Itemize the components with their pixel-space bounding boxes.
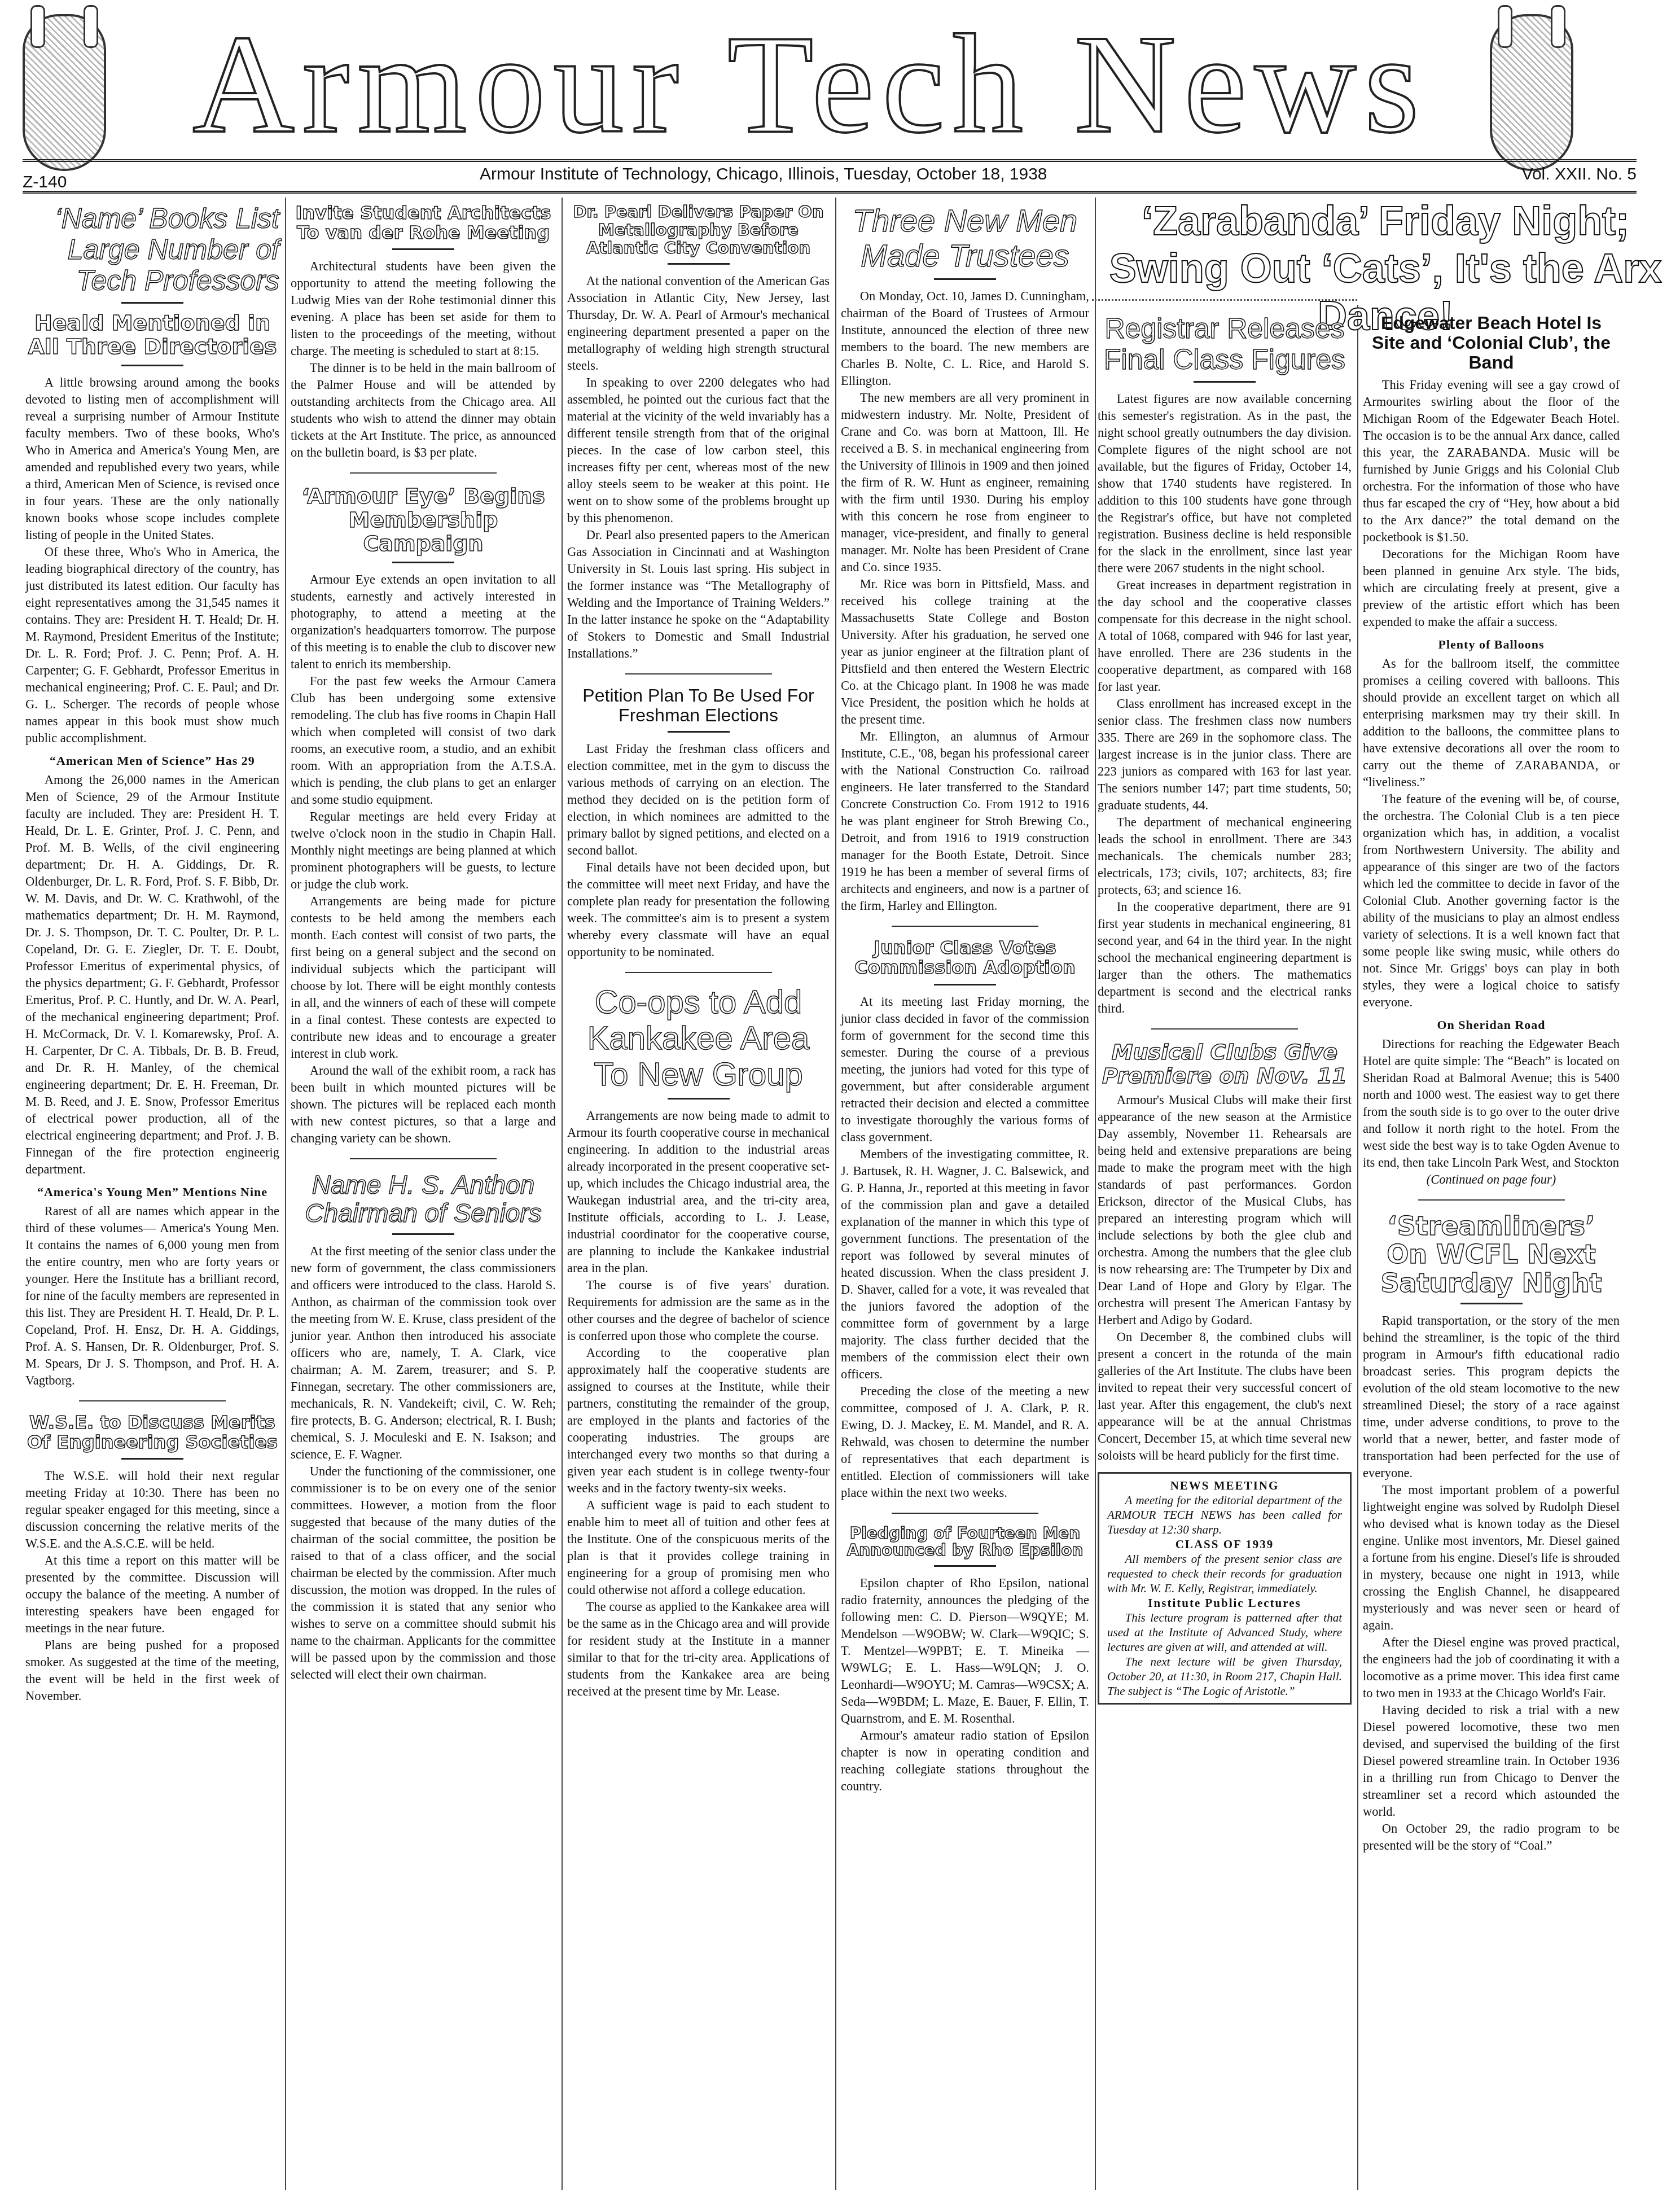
headline: Junior Class Votes Commission Adoption [841, 938, 1089, 978]
article-paragraph: After the Diesel engine was proved pract… [1363, 1634, 1620, 1702]
column-1: ‘Name’ Books List Large Number of Tech P… [25, 198, 279, 1705]
headline: ‘Streamliners’ On WCFL Next Saturday Nig… [1363, 1212, 1620, 1298]
section-subhead: “American Men of Science” Has 29 [25, 752, 279, 769]
article-paragraph: Arrangements are being made for picture … [291, 893, 556, 1062]
article-paragraph: Architectural students have been given t… [291, 258, 556, 360]
article-paragraph: Arrangements are now being made to admit… [567, 1107, 830, 1277]
notice-text: All members of the present senior class … [1107, 1552, 1342, 1596]
section-subhead: “America's Young Men” Mentions Nine [25, 1184, 279, 1201]
article-paragraph: Members of the investigating committee, … [841, 1146, 1089, 1383]
article-paragraph: Of these three, Who's Who in America, th… [25, 544, 279, 747]
divider [1194, 381, 1256, 383]
headline: ‘Armour Eye’ Begins Membership Campaign [291, 485, 556, 555]
continued-notice: (Continued on page four) [1363, 1171, 1620, 1188]
notice-box: NEWS MEETING A meeting for the editorial… [1098, 1472, 1352, 1705]
notice-text: This lecture program is patterned after … [1107, 1610, 1342, 1654]
notice-title: NEWS MEETING [1107, 1478, 1342, 1493]
article-paragraph: This Friday evening will see a gay crowd… [1363, 376, 1620, 546]
divider [121, 365, 183, 366]
column-5: Registrar Releases Final Class Figures L… [1098, 308, 1352, 1705]
notice-text: The next lecture will be given Thursday,… [1107, 1654, 1342, 1698]
article-paragraph: Final details have not been decided upon… [567, 859, 830, 961]
article-paragraph: At this time a report on this matter wil… [25, 1552, 279, 1637]
article-paragraph: Around the wall of the exhibit room, a r… [291, 1062, 556, 1147]
headline: Dr. Pearl Delivers Paper On Metallograph… [567, 203, 830, 257]
headline: Three New Men Made Trustees [841, 203, 1089, 273]
z-code: Z-140 [23, 173, 67, 192]
divider [934, 1565, 996, 1567]
divider [392, 1233, 454, 1235]
article-paragraph: Armour's Musical Clubs will make their f… [1098, 1092, 1352, 1329]
article-paragraph: Plans are being pushed for a proposed sm… [25, 1637, 279, 1705]
article-paragraph: Directions for reaching the Edgewater Be… [1363, 1036, 1620, 1171]
divider [934, 984, 996, 985]
article-paragraph: Armour's amateur radio station of Epsilo… [841, 1727, 1089, 1795]
article-paragraph: Regular meetings are held every Friday a… [291, 808, 556, 893]
divider [668, 263, 730, 265]
volume-number: Vol. XXII. No. 5 [1522, 165, 1637, 184]
column-2: Invite Student Architects To van der Roh… [291, 198, 556, 1683]
column-6: Edgewater Beach Hotel Is Site and ‘Colon… [1363, 308, 1620, 1854]
article-paragraph: The course as applied to the Kankakee ar… [567, 1598, 830, 1700]
article-paragraph: Rarest of all are names which appear in … [25, 1203, 279, 1389]
divider [892, 926, 1038, 927]
article-paragraph: Great increases in department registrati… [1098, 577, 1352, 695]
column-divider [562, 198, 563, 2190]
notice-text: A meeting for the editorial department o… [1107, 1493, 1342, 1537]
column-4: Three New Men Made Trustees On Monday, O… [841, 198, 1089, 1795]
subheadline: Edgewater Beach Hotel Is Site and ‘Colon… [1363, 313, 1620, 373]
article-paragraph: The new members are all very prominent i… [841, 389, 1089, 576]
article-paragraph: According to the cooperative plan approx… [567, 1344, 830, 1497]
divider [79, 1400, 226, 1401]
divider [350, 472, 497, 474]
notice-title: CLASS OF 1939 [1107, 1537, 1342, 1552]
headline: Registrar Releases Final Class Figures [1098, 313, 1352, 375]
column-divider [1357, 305, 1358, 2190]
headline: Musical Clubs Give Premiere on Nov. 11 [1098, 1041, 1352, 1088]
article-paragraph: The W.S.E. will hold their next regular … [25, 1468, 279, 1552]
article-paragraph: For the past few weeks the Armour Camera… [291, 673, 556, 808]
article-paragraph: Mr. Rice was born in Pittsfield, Mass. a… [841, 576, 1089, 728]
headline: Pledging of Fourteen Men Announced by Rh… [841, 1525, 1089, 1560]
divider [892, 1513, 1038, 1514]
column-3: Dr. Pearl Delivers Paper On Metallograph… [567, 198, 830, 1700]
masthead-rule-top [23, 159, 1637, 162]
dateline-text: Armour Institute of Technology, Chicago,… [480, 165, 1047, 184]
divider [934, 278, 996, 280]
column-divider [835, 198, 836, 2190]
article-paragraph: In speaking to over 2200 delegates who h… [567, 374, 830, 527]
section-subhead: On Sheridan Road [1363, 1017, 1620, 1033]
article-paragraph: Latest figures are now available concern… [1098, 391, 1352, 577]
headline: Name H. S. Anthon Chairman of Seniors [291, 1171, 556, 1228]
divider [1460, 1303, 1523, 1304]
article-paragraph: At its meeting last Friday morning, the … [841, 993, 1089, 1146]
article-paragraph: Preceding the close of the meeting a new… [841, 1383, 1089, 1501]
newspaper-title: Armour Tech News [147, 11, 1473, 158]
divider [668, 1098, 730, 1099]
article-paragraph: On Monday, Oct. 10, James D. Cunningham,… [841, 288, 1089, 389]
article-paragraph: Armour Eye extends an open invitation to… [291, 571, 556, 673]
article-paragraph: Among the 26,000 names in the American M… [25, 772, 279, 1178]
article-paragraph: A sufficient wage is paid to each studen… [567, 1497, 830, 1598]
divider [668, 731, 730, 733]
article-paragraph: The feature of the evening will be, of c… [1363, 791, 1620, 1011]
masthead: Armour Tech News Z-140 Armour Institute … [0, 0, 1680, 186]
article-paragraph: Epsilon chapter of Rho Epsilon, national… [841, 1575, 1089, 1727]
divider [392, 248, 454, 250]
divider [1418, 1199, 1565, 1201]
section-subhead: Plenty of Balloons [1363, 636, 1620, 653]
article-paragraph: Decorations for the Michigan Room have b… [1363, 546, 1620, 630]
article-paragraph: Last Friday the freshman class officers … [567, 741, 830, 859]
headline: W.S.E. to Discuss Merits Of Engineering … [25, 1413, 279, 1452]
divider [1151, 1028, 1298, 1030]
article-paragraph: Having decided to risk a trial with a ne… [1363, 1702, 1620, 1820]
divider [392, 562, 454, 563]
article-paragraph: On October 29, the radio program to be p… [1363, 1820, 1620, 1854]
article-paragraph: On December 8, the combined clubs will p… [1098, 1329, 1352, 1464]
article-paragraph: As for the ballroom itself, the committe… [1363, 655, 1620, 791]
column-divider [285, 198, 286, 2190]
divider [625, 972, 772, 973]
armour-seal-icon [23, 14, 106, 171]
article-paragraph: At the national convention of the Americ… [567, 273, 830, 374]
headline: ‘Name’ Books List Large Number of Tech P… [25, 203, 279, 296]
article-paragraph: Rapid transportation, or the story of th… [1363, 1312, 1620, 1482]
article-paragraph: Dr. Pearl also presented papers to the A… [567, 527, 830, 662]
armour-seal-icon [1490, 14, 1573, 171]
headline: Invite Student Architects To van der Roh… [291, 203, 556, 243]
divider [1092, 299, 1357, 301]
article-paragraph: The dinner is to be held in the main bal… [291, 360, 556, 461]
article-paragraph: A little browsing around among the books… [25, 374, 279, 544]
divider [625, 673, 772, 674]
dateline-bar: Z-140 Armour Institute of Technology, Ch… [23, 165, 1637, 190]
article-paragraph: The course is of five years' duration. R… [567, 1277, 830, 1344]
masthead-rule-bottom [23, 191, 1637, 194]
divider [121, 1458, 183, 1460]
column-divider [1095, 198, 1096, 2190]
article-paragraph: Class enrollment has increased except in… [1098, 695, 1352, 814]
article-paragraph: The department of mechanical engineering… [1098, 814, 1352, 899]
subheadline: Heald Mentioned in All Three Directories [25, 312, 279, 359]
article-paragraph: Under the functioning of the commissione… [291, 1463, 556, 1683]
divider [350, 1158, 497, 1159]
divider [121, 302, 183, 304]
article-paragraph: At the first meeting of the senior class… [291, 1243, 556, 1463]
article-paragraph: The most important problem of a powerful… [1363, 1482, 1620, 1634]
headline: Co-ops to Add Kankakee Area To New Group [567, 984, 830, 1092]
article-paragraph: Mr. Ellington, an alumnus of Armour Inst… [841, 728, 1089, 914]
article-paragraph: In the cooperative department, there are… [1098, 899, 1352, 1017]
headline: Petition Plan To Be Used For Freshman El… [567, 686, 830, 725]
notice-title: Institute Public Lectures [1107, 1596, 1342, 1610]
